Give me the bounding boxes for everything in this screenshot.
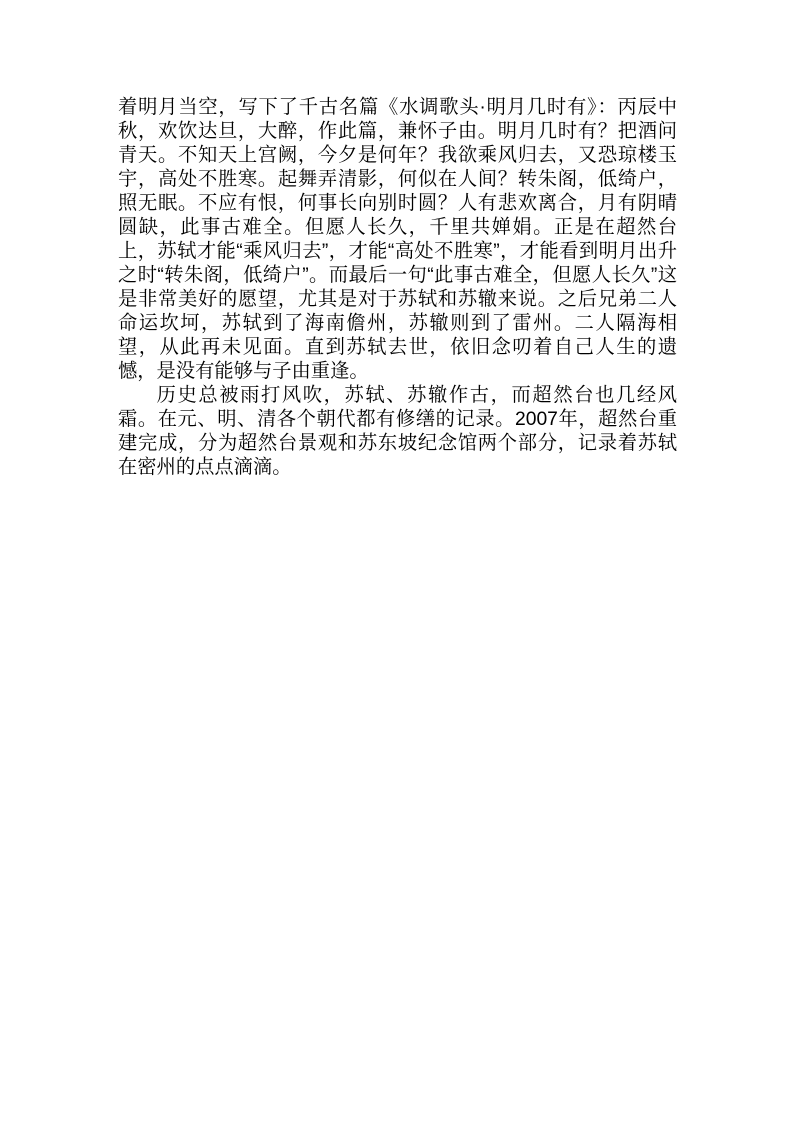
paragraph-chaoran-tai-history: 历史总被雨打风吹，苏轼、苏辙作古，而超然台也几经风霜。在元、明、清各个朝代都有修… xyxy=(118,384,677,480)
document-page: 着明月当空，写下了千古名篇《水调歌头·明月几时有》：丙辰中秋，欢饮达旦，大醉，作… xyxy=(0,0,794,1123)
document-body: 着明月当空，写下了千古名篇《水调歌头·明月几时有》：丙辰中秋，欢饮达旦，大醉，作… xyxy=(118,96,677,480)
paragraph-shuidiaogetou: 着明月当空，写下了千古名篇《水调歌头·明月几时有》：丙辰中秋，欢饮达旦，大醉，作… xyxy=(118,96,677,384)
